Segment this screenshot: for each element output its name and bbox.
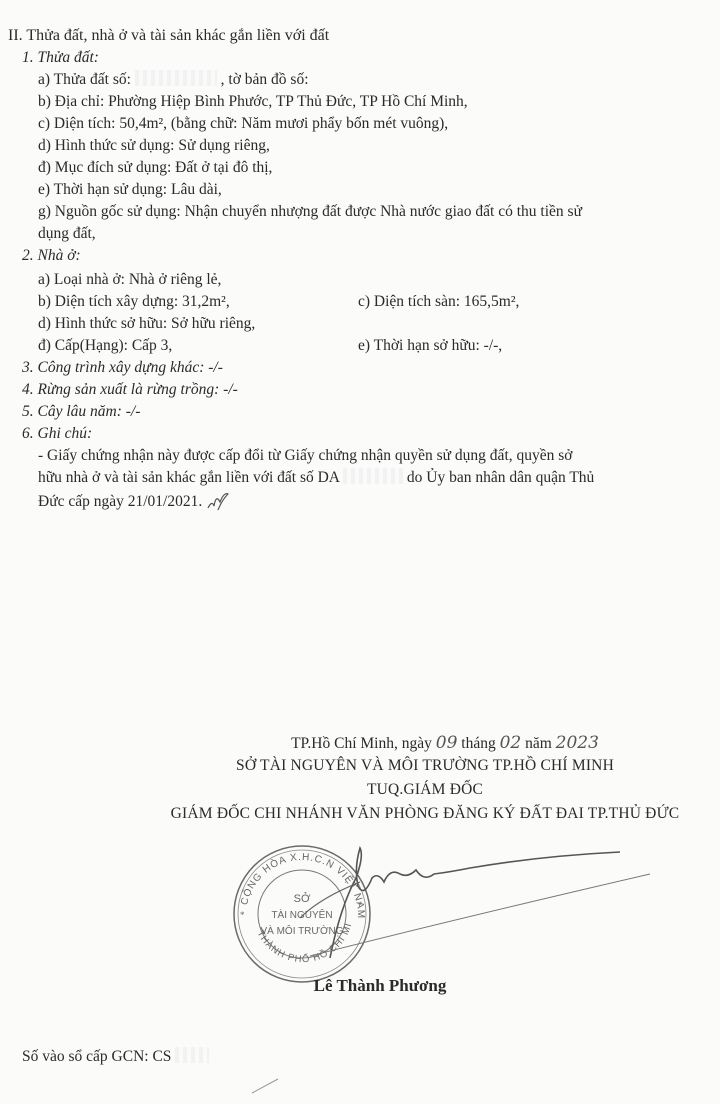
issue-date: TP.Hồ Chí Minh, ngày 09 tháng 02 năm 202… [190,733,700,753]
registry-label: Số vào sổ cấp GCN: CS [22,1048,171,1065]
perennial-trees: 5. Cây lâu năm: -/- [22,402,140,422]
issuing-department: SỞ TÀI NGUYÊN VÀ MÔI TRƯỜNG TP.HỒ CHÍ MI… [130,757,720,775]
land-heading: 1. Thửa đất: [22,48,99,68]
notes-heading: 6. Ghi chú: [22,424,92,444]
issue-year: 2023 [556,733,599,753]
land-address: b) Địa chỉ: Phường Hiệp Bình Phước, TP T… [38,92,468,112]
notes-line3-text: Đức cấp ngày 21/01/2021. [38,493,202,510]
authorization-title: TUQ.GIÁM ĐỐC [130,781,720,799]
land-area: c) Diện tích: 50,4m², (bằng chữ: Năm mươ… [38,114,448,134]
pen-stroke-icon [250,1075,280,1095]
issue-month: 02 [500,733,522,753]
certificate-page: II. Thửa đất, nhà ở và tài sản khác gắn … [0,0,720,1104]
svg-text:*: * [240,910,245,920]
redacted-parcel-number [135,70,217,86]
date-prefix: TP.Hồ Chí Minh, ngày [291,735,432,752]
signer-name: Lê Thành Phương [230,976,530,996]
signer-position: GIÁM ĐỐC CHI NHÁNH VĂN PHÒNG ĐĂNG KÝ ĐẤT… [130,805,720,823]
house-grade: đ) Cấp(Hạng): Cấp 3, [38,336,172,356]
house-construction-area: b) Diện tích xây dựng: 31,2m², [38,292,230,312]
issue-day: 09 [436,733,458,753]
production-forest: 4. Rừng sản xuất là rừng trồng: -/- [22,380,238,400]
map-sheet-label: , tờ bản đồ số: [221,71,309,88]
notes-line2-prefix: hữu nhà ở và tài sản khác gắn liền với đ… [38,469,339,486]
notes-line2: hữu nhà ở và tài sản khác gắn liền với đ… [38,468,594,488]
initials-mark-icon [206,490,232,512]
land-parcel-number: a) Thửa đất số: , tờ bản đồ số: [38,70,309,90]
parcel-label: a) Thửa đất số: [38,71,131,88]
land-use-form: d) Hình thức sử dụng: Sử dụng riêng, [38,136,270,156]
other-works: 3. Công trình xây dựng khác: -/- [22,358,223,378]
land-use-term: e) Thời hạn sử dụng: Lâu dài, [38,180,222,200]
section-title: II. Thửa đất, nhà ở và tài sản khác gắn … [8,26,329,46]
year-label: năm [525,735,552,752]
land-origin-line2: dụng đất, [38,224,96,244]
land-use-purpose: đ) Mục đích sử dụng: Đất ở tại đô thị, [38,158,272,178]
house-type: a) Loại nhà ở: Nhà ở riêng lẻ, [38,270,221,290]
house-heading: 2. Nhà ở: [22,246,81,266]
notes-line2-suffix: do Ủy ban nhân dân quận Thủ [407,469,594,486]
notes-line1: - Giấy chứng nhận này được cấp đổi từ Gi… [38,446,572,466]
month-label: tháng [461,735,495,752]
redacted-registry-number [175,1047,209,1063]
registry-number: Số vào sổ cấp GCN: CS [22,1047,209,1067]
redacted-old-certificate-number [343,468,403,484]
signature-icon [260,838,660,978]
house-floor-area: c) Diện tích sàn: 165,5m², [358,292,519,312]
house-ownership-form: d) Hình thức sở hữu: Sở hữu riêng, [38,314,255,334]
notes-line3: Đức cấp ngày 21/01/2021. [38,490,232,512]
house-ownership-term: e) Thời hạn sở hữu: -/-, [358,336,502,356]
land-origin-line1: g) Nguồn gốc sử dụng: Nhận chuyển nhượng… [38,202,582,222]
